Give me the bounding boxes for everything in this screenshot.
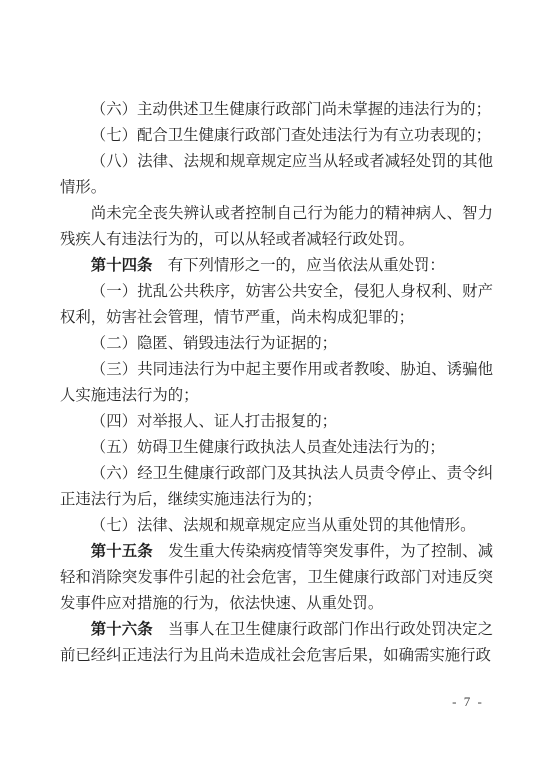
paragraph-text: （四）对举报人、证人打击报复的；: [91, 413, 337, 430]
paragraph: （五）妨碍卫生健康行政执法人员查处违法行为的；: [60, 435, 493, 461]
paragraph: 尚未完全丧失辨认或者控制自己行为能力的精神病人、智力残疾人有违法行为的，可以从轻…: [60, 201, 493, 253]
article-number: 第十四条: [91, 257, 153, 274]
article-number: 第十五条: [91, 543, 153, 560]
paragraph-text: 有下列情形之一的，应当依法从重处罚：: [152, 257, 444, 274]
paragraph-text: （六）主动供述卫生健康行政部门尚未掌握的违法行为的；: [91, 101, 491, 118]
paragraph: 第十四条 有下列情形之一的，应当依法从重处罚：: [60, 253, 493, 279]
page-number: - 7 -: [452, 694, 484, 709]
paragraph: （七）法律、法规和规章规定应当从重处罚的其他情形。: [60, 513, 493, 539]
paragraph: （二）隐匿、销毁违法行为证据的；: [60, 331, 493, 357]
document-page: （六）主动供述卫生健康行政部门尚未掌握的违法行为的；（七）配合卫生健康行政部门查…: [0, 0, 553, 784]
document-body: （六）主动供述卫生健康行政部门尚未掌握的违法行为的；（七）配合卫生健康行政部门查…: [60, 97, 493, 669]
paragraph-text: （二）隐匿、销毁违法行为证据的；: [91, 335, 337, 352]
paragraph-text: （七）法律、法规和规章规定应当从重处罚的其他情形。: [91, 517, 476, 534]
paragraph-text: （五）妨碍卫生健康行政执法人员查处违法行为的；: [91, 439, 445, 456]
paragraph: 第十五条 发生重大传染病疫情等突发事件，为了控制、减轻和消除突发事件引起的社会危…: [60, 539, 493, 617]
paragraph-text: （七）配合卫生健康行政部门查处违法行为有立功表现的；: [91, 127, 491, 144]
paragraph-text: （六）经卫生健康行政部门及其执法人员责令停止、责令纠正违法行为后，继续实施违法行…: [60, 465, 493, 508]
paragraph-text: （一）扰乱公共秩序，妨害公共安全，侵犯人身权利、财产权利，妨害社会管理，情节严重…: [60, 283, 493, 326]
paragraph-text: （八）法律、法规和规章规定应当从轻或者减轻处罚的其他情形。: [60, 153, 493, 196]
paragraph-text: 尚未完全丧失辨认或者控制自己行为能力的精神病人、智力残疾人有违法行为的，可以从轻…: [60, 205, 493, 248]
paragraph: （四）对举报人、证人打击报复的；: [60, 409, 493, 435]
paragraph: （六）经卫生健康行政部门及其执法人员责令停止、责令纠正违法行为后，继续实施违法行…: [60, 461, 493, 513]
paragraph: （三）共同违法行为中起主要作用或者教唆、胁迫、诱骗他人实施违法行为的；: [60, 357, 493, 409]
paragraph: （八）法律、法规和规章规定应当从轻或者减轻处罚的其他情形。: [60, 149, 493, 201]
paragraph: （六）主动供述卫生健康行政部门尚未掌握的违法行为的；: [60, 97, 493, 123]
paragraph: （一）扰乱公共秩序，妨害公共安全，侵犯人身权利、财产权利，妨害社会管理，情节严重…: [60, 279, 493, 331]
paragraph: （七）配合卫生健康行政部门查处违法行为有立功表现的；: [60, 123, 493, 149]
page-footer: - 7 -: [440, 693, 496, 711]
paragraph: 第十六条 当事人在卫生健康行政部门作出行政处罚决定之前已经纠正违法行为且尚未造成…: [60, 617, 493, 669]
article-number: 第十六条: [91, 621, 153, 638]
paragraph-text: （三）共同违法行为中起主要作用或者教唆、胁迫、诱骗他人实施违法行为的；: [60, 361, 493, 404]
